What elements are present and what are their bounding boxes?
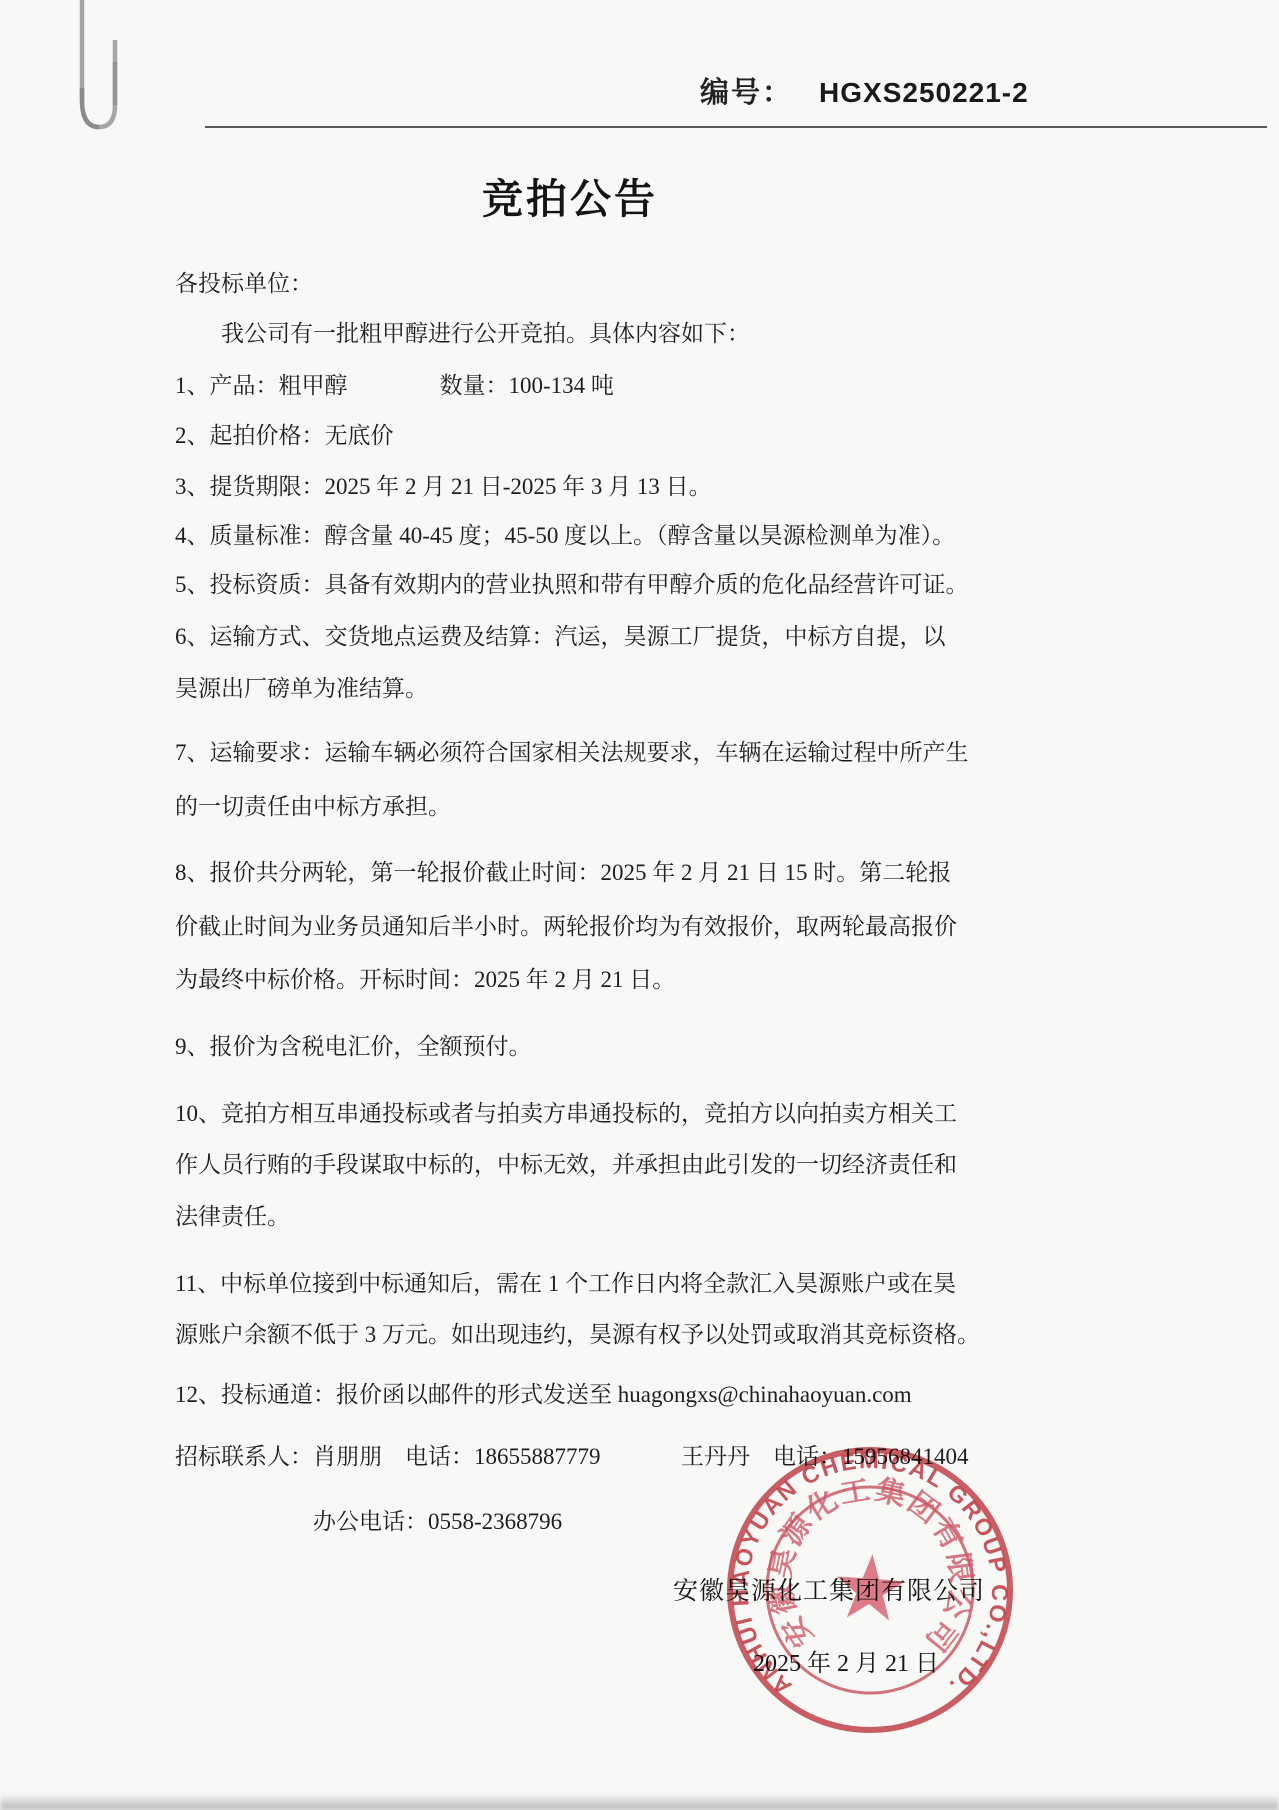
body-line: 的一切责任由中标方承担。 [175,791,1005,823]
body-line: 11、中标单位接到中标通知后，需在 1 个工作日内将全款汇入昊源账户或在昊 [175,1268,1005,1300]
body-line: 2、起拍价格：无底价 [175,420,1005,452]
body-line: 6、运输方式、交货地点运费及结算：汽运，昊源工厂提货，中标方自提，以 [175,621,1005,653]
header-rule [205,126,1267,128]
company-seal: ANHUI HAOYUAN CHEMICAL GROUP CO.,LTD. 安徽… [710,1430,1030,1750]
document-page: 编号： HGXS250221-2 竞拍公告 各投标单位：我公司有一批粗甲醇进行公… [0,0,1279,1810]
doc-number-label: 编号： [700,70,793,111]
body-line: 1、产品：粗甲醇 数量：100-134 吨 [175,370,1005,402]
doc-number-value: HGXS250221-2 [819,77,1029,109]
page-title: 竞拍公告 [175,166,965,225]
body-line: 作人员行贿的手段谋取中标的，中标无效，并承担由此引发的一切经济责任和 [175,1149,1005,1181]
contact-primary: 招标联系人：肖朋朋 电话：18655887779 [175,1438,601,1471]
body-line: 源账户余额不低于 3 万元。如出现违约，昊源有权予以处罚或取消其竞标资格。 [175,1319,1005,1351]
body-line: 价截止时间为业务员通知后半小时。两轮报价均为有效报价，取两轮最高报价 [175,911,1005,943]
body-line: 12、投标通道：报价函以邮件的形式发送至 huagongxs@chinahaoy… [175,1379,1005,1411]
body-line: 为最终中标价格。开标时间：2025 年 2 月 21 日。 [175,964,1005,996]
seal-star-icon [834,1552,907,1622]
body-line: 法律责任。 [175,1201,1005,1233]
body-line: 9、报价为含税电汇价，全额预付。 [175,1031,1005,1063]
scan-edge-artifact [0,1794,1279,1810]
body-line: 我公司有一批粗甲醇进行公开竞拍。具体内容如下： [175,318,1051,350]
body-line: 5、投标资质：具备有效期内的营业执照和带有甲醇介质的危化品经营许可证。 [175,569,1005,601]
body-line: 各投标单位： [175,268,1005,300]
body-line: 3、提货期限：2025 年 2 月 21 日-2025 年 3 月 13 日。 [175,471,1005,503]
office-phone: 办公电话：0558-2368796 [313,1503,562,1536]
paperclip-icon [68,0,132,140]
body-line: 10、竞拍方相互串通投标或者与拍卖方串通投标的，竞拍方以向拍卖方相关工 [175,1098,1005,1130]
body-line: 7、运输要求：运输车辆必须符合国家相关法规要求，车辆在运输过程中所产生 [175,737,1005,769]
doc-number: 编号： HGXS250221-2 [700,70,1029,111]
body-line: 昊源出厂磅单为准结算。 [175,673,1005,705]
body-line: 8、报价共分两轮，第一轮报价截止时间：2025 年 2 月 21 日 15 时。… [175,857,1005,889]
body-line: 4、质量标准：醇含量 40-45 度；45-50 度以上。（醇含量以昊源检测单为… [175,520,1005,552]
